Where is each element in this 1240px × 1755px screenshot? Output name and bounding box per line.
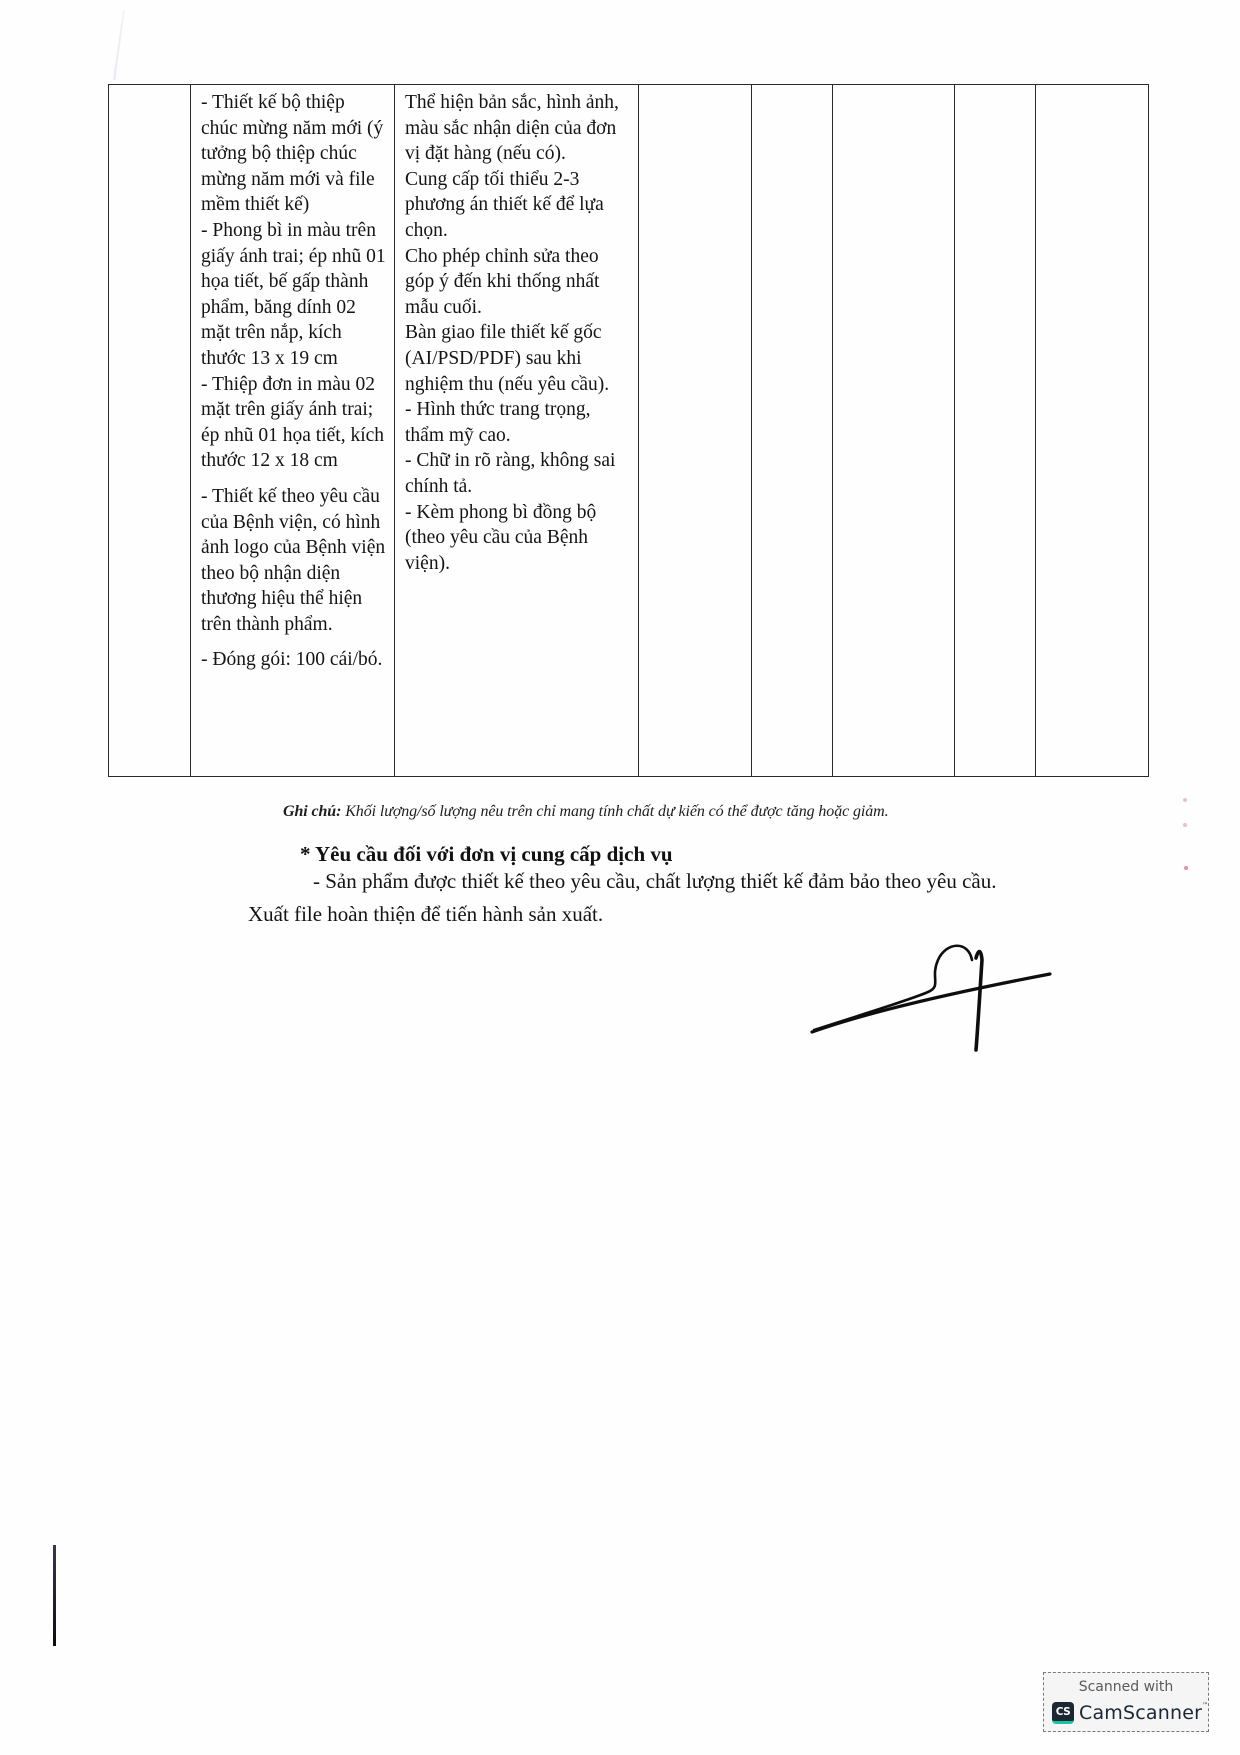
service-requirement-line: Xuất file hoàn thiện để tiến hành sản xu…: [248, 902, 603, 927]
technical-requirements: Thể hiện bản sắc, hình ảnh, màu sắc nhận…: [395, 85, 638, 576]
camscanner-brand: CS CamScanner™: [1052, 1702, 1208, 1724]
table-note: Ghi chú: Khối lượng/số lượng nêu trên ch…: [283, 803, 889, 821]
service-requirement-line: - Sản phẩm được thiết kế theo yêu cầu, c…: [313, 869, 997, 894]
requirement-item: - Chữ in rõ ràng, không sai chính tả.: [405, 448, 630, 499]
requirement-item: Thể hiện bản sắc, hình ảnh, màu sắc nhận…: [405, 90, 630, 167]
camscanner-watermark: Scanned with CS CamScanner™: [1043, 1672, 1209, 1732]
scan-speck: [1183, 823, 1187, 827]
scanned-document-page: - Thiết kế bộ thiệp chúc mừng năm mới (ý…: [0, 0, 1240, 1755]
cell-stt: [109, 85, 191, 777]
camscanner-logo-icon: CS: [1052, 1702, 1074, 1724]
handwritten-signature: [800, 930, 1060, 1060]
camscanner-brand-name: CamScanner™: [1079, 1702, 1208, 1724]
description-design-note: - Thiết kế theo yêu cầu của Bệnh viện, c…: [201, 484, 386, 638]
scanned-with-label: Scanned with: [1044, 1679, 1208, 1695]
scan-speck: [1183, 798, 1187, 802]
requirement-item: Bàn giao file thiết kế gốc (AI/PSD/PDF) …: [405, 320, 630, 397]
description-item: - Phong bì in màu trên giấy ánh trai; ép…: [201, 218, 386, 372]
description-item: - Thiệp đơn in màu 02 mặt trên giấy ánh …: [201, 372, 386, 474]
scan-edge-line: [53, 1545, 56, 1646]
note-text: Khối lượng/số lượng nêu trên chỉ mang tí…: [341, 803, 888, 820]
requirement-item: - Hình thức trang trọng, thẩm mỹ cao.: [405, 397, 630, 448]
description-item: - Thiết kế bộ thiệp chúc mừng năm mới (ý…: [201, 90, 386, 218]
service-requirements-heading: * Yêu cầu đối với đơn vị cung cấp dịch v…: [300, 842, 673, 867]
description-packaging: - Đóng gói: 100 cái/bó.: [201, 647, 386, 673]
cell-empty: [639, 85, 752, 777]
note-label: Ghi chú:: [283, 803, 341, 820]
cell-empty: [833, 85, 955, 777]
cell-technical-requirements: Thể hiện bản sắc, hình ảnh, màu sắc nhận…: [395, 85, 639, 777]
table-row: - Thiết kế bộ thiệp chúc mừng năm mới (ý…: [109, 85, 1149, 777]
cell-empty: [955, 85, 1036, 777]
scan-speck: [1184, 866, 1188, 870]
product-description: - Thiết kế bộ thiệp chúc mừng năm mới (ý…: [191, 85, 394, 673]
requirement-item: Cung cấp tối thiểu 2-3 phương án thiết k…: [405, 167, 630, 244]
cell-product-description: - Thiết kế bộ thiệp chúc mừng năm mới (ý…: [191, 85, 395, 777]
cell-empty: [752, 85, 833, 777]
requirement-item: - Kèm phong bì đồng bộ (theo yêu cầu của…: [405, 500, 630, 577]
cell-empty: [1036, 85, 1149, 777]
specification-table: - Thiết kế bộ thiệp chúc mừng năm mới (ý…: [108, 84, 1149, 777]
requirement-item: Cho phép chỉnh sửa theo góp ý đến khi th…: [405, 244, 630, 321]
scan-edge-artifact: [113, 10, 125, 80]
